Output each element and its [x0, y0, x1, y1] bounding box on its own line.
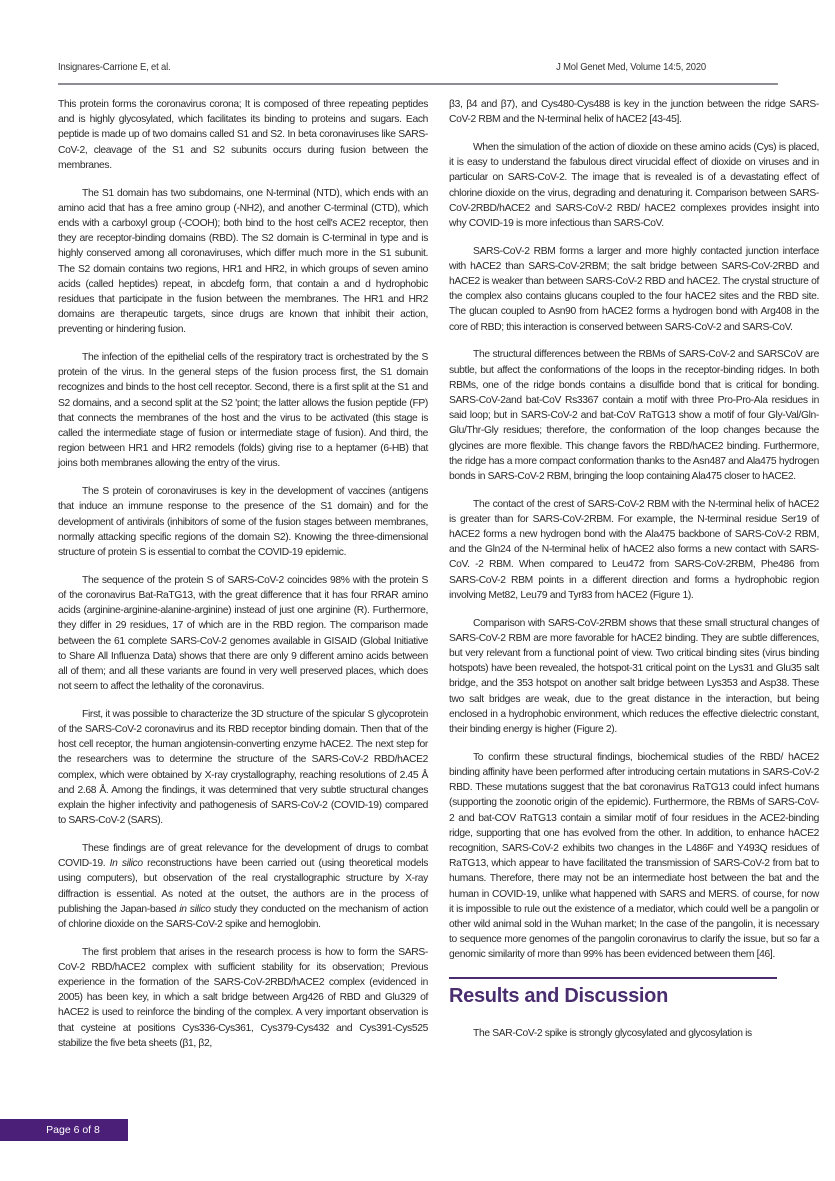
page-number-badge: Page 6 of 8: [0, 1119, 128, 1141]
header-authors: Insignares-Carrione E, et al.: [58, 61, 170, 73]
paragraph: These findings are of great relevance fo…: [58, 841, 428, 932]
header-journal: J Mol Genet Med, Volume 14:5, 2020: [556, 61, 706, 73]
paragraph: The infection of the epithelial cells of…: [58, 350, 428, 472]
italic-term: in silico: [179, 904, 210, 915]
paragraph: The first problem that arises in the res…: [58, 945, 428, 1051]
paragraph: First, it was possible to characterize t…: [58, 707, 428, 829]
paragraph: SARS-CoV-2 RBM forms a larger and more h…: [449, 244, 819, 335]
paragraph: The SAR-CoV-2 spike is strongly glycosyl…: [449, 1026, 819, 1041]
paragraph: The S protein of coronaviruses is key in…: [58, 484, 428, 560]
paragraph: To confirm these structural findings, bi…: [449, 750, 819, 963]
header-divider: [58, 83, 778, 85]
running-header: Insignares-Carrione E, et al. J Mol Gene…: [58, 61, 778, 73]
italic-term: In silico: [110, 858, 143, 869]
left-column: This protein forms the coronavirus coron…: [58, 97, 428, 1064]
paragraph: The S1 domain has two subdomains, one N-…: [58, 186, 428, 338]
paragraph: The contact of the crest of SARS-CoV-2 R…: [449, 497, 819, 603]
paragraph-continuation: β3, β4 and β7), and Cys480-Cys488 is key…: [449, 97, 819, 127]
paragraph: The structural differences between the R…: [449, 347, 819, 484]
section-heading: Results and Discussion: [449, 985, 819, 1008]
paragraph: This protein forms the coronavirus coron…: [58, 97, 428, 173]
paragraph: The sequence of the protein S of SARS-Co…: [58, 573, 428, 695]
right-column: β3, β4 and β7), and Cys480-Cys488 is key…: [449, 97, 819, 1053]
paragraph: When the simulation of the action of dio…: [449, 140, 819, 231]
section-divider: [449, 977, 777, 979]
paragraph: Comparison with SARS-CoV-2RBM shows that…: [449, 616, 819, 738]
